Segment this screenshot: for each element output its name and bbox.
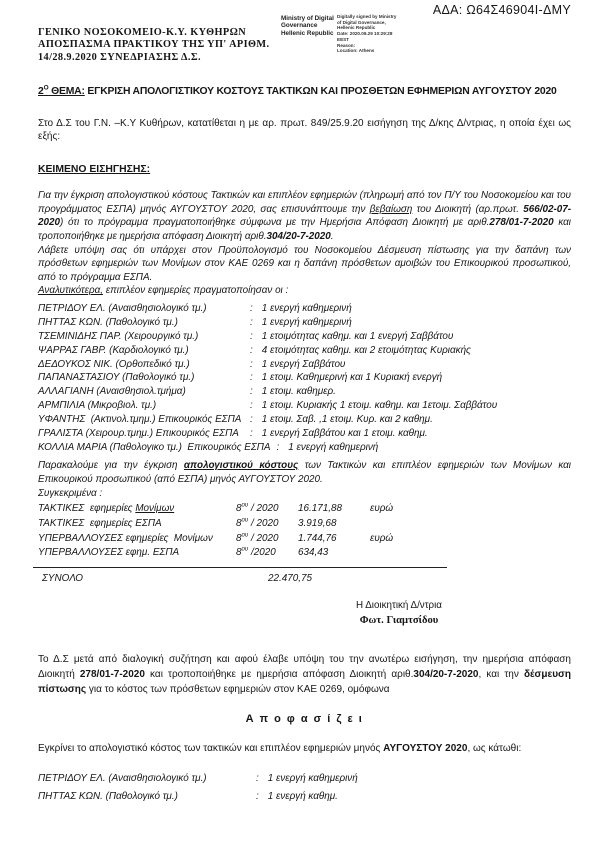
total-divider-line xyxy=(33,567,447,568)
totals-label: ΤΑΚΤΙΚΕΣ εφημερίες Μονίμων xyxy=(38,502,236,517)
subject-number: 2Ο ΘΕΜΑ: xyxy=(38,86,85,97)
doctor-row: ΠΗΤΤΑΣ ΚΩΝ. (Παθολογικό τμ.) : 1 ενεργή … xyxy=(38,316,571,330)
hospital-header: ΓΕΝΙΚΟ ΝΟΣΟΚΟΜΕΙΟ-Κ.Υ. ΚΥΘΗΡΩΝ ΑΠΟΣΠΑΣΜΑ… xyxy=(38,27,270,64)
totals-label: ΥΠΕΡΒΑΛΛΟΥΣΕΣ εφημερίες Μονίμων xyxy=(38,532,236,547)
totals-label: ΥΠΕΡΒΑΛΛΟΥΣΕΣ εφημ. ΕΣΠΑ xyxy=(38,546,236,561)
minutes-title: ΑΠΟΣΠΑΣΜΑ ΠΡΑΚΤΙΚΟΥ ΤΗΣ ΥΠ' ΑΡΙΘΜ. xyxy=(38,39,270,51)
doctor-row: ΠΗΤΤΑΣ ΚΩΝ. (Παθολογικό τμ.) : 1 ενεργή … xyxy=(38,788,571,806)
totals-amount: 16.171,88 xyxy=(298,502,370,517)
doctor-separator: : xyxy=(250,770,268,788)
proposal-paragraph-3: Αναλυτικότερα, επιπλέον εφημερίες πραγμα… xyxy=(38,284,571,298)
doctor-duty-detail: 1 ενεργή καθημερινή xyxy=(262,316,352,330)
doctor-name: ΠΑΠΑΝΑΣΤΑΣΙΟΥ (Παθολογικό τμ.) xyxy=(38,371,244,385)
proposal-paragraph-1: Για την έγκριση απολογιστικού κόστους Τα… xyxy=(38,189,571,243)
totals-period: 8ου /2020 xyxy=(236,546,298,561)
doctor-separator: : xyxy=(244,399,262,413)
doctor-row: ΚΟΛΛΙΑ ΜΑΡΙΑ (Παθολογικο τμ.) Επικουρικό… xyxy=(38,441,571,455)
doctor-name: ΚΟΛΛΙΑ ΜΑΡΙΑ (Παθολογικο τμ.) Επικουρικό… xyxy=(38,441,271,455)
signatory-name: Φωτ. Γιαμτσίδου xyxy=(291,613,507,629)
signatory-title: Η Διοικητική Δ/ντρια xyxy=(291,598,507,613)
doctor-row: ΤΣΕΜΙΝΙΔΗΣ ΠΑΡ. (Χειρουργικό τμ.) : 1 ετ… xyxy=(38,330,571,344)
doctor-separator: : xyxy=(244,330,262,344)
doctor-separator: : xyxy=(271,441,289,455)
doctor-duty-detail: 1 ενεργή καθημερινή xyxy=(268,770,358,788)
extra-duty-doctors-list: ΠΕΤΡΙΔΟΥ ΕΛ. (Αναισθησιολογικό τμ.) : 1 … xyxy=(38,302,571,455)
doctor-separator: : xyxy=(244,358,262,372)
doctor-name: ΑΡΜΠΙΛΙΑ (Μικροβιολ. τμ.) xyxy=(38,399,244,413)
doctor-row: ΠΑΠΑΝΑΣΤΑΣΙΟΥ (Παθολογικό τμ.) : 1 ετοιμ… xyxy=(38,371,571,385)
doctor-row: ΠΕΤΡΙΔΟΥ ΕΛ. (Αναισθησιολογικό τμ.) : 1 … xyxy=(38,770,571,788)
totals-amount: 634,43 xyxy=(298,546,370,561)
totals-period: 8ου / 2020 xyxy=(236,502,298,517)
proposal-paragraph-2: Λάβετε υπόψη σας ότι υπάρχει στον Προϋπο… xyxy=(38,244,571,285)
doctor-separator: : xyxy=(244,413,262,427)
ministry-label: Ministry of Digital Governance Hellenic … xyxy=(281,15,335,37)
doctor-name: ΤΣΕΜΙΝΙΔΗΣ ΠΑΡ. (Χειρουργικό τμ.) xyxy=(38,330,244,344)
doctor-name: ΨΑΡΡΑΣ ΓΑΒΡ. (Καρδιολογικό τμ.) xyxy=(38,344,244,358)
approved-doctors-list: ΠΕΤΡΙΔΟΥ ΕΛ. (Αναισθησιολογικό τμ.) : 1 … xyxy=(38,770,571,806)
doctor-duty-detail: 1 ενεργή καθημερινή xyxy=(288,441,378,455)
totals-currency: ευρώ xyxy=(370,502,393,517)
grand-total-amount: 22.470,75 xyxy=(268,572,312,586)
doctor-row: ΓΡΑΛΙΣΤΑ (Χειρουρ.τμημ.) Επικουρικός ΕΣΠ… xyxy=(38,427,571,441)
doctor-row: ΔΕΔΟΥΚΟΣ ΝΙΚ. (Ορθοπεδικό τμ.) : 1 ενεργ… xyxy=(38,358,571,372)
totals-label: ΤΑΚΤΙΚΕΣ εφημερίες ΕΣΠΑ xyxy=(38,517,236,532)
hospital-name: ΓΕΝΙΚΟ ΝΟΣΟΚΟΜΕΙΟ-Κ.Υ. ΚΥΘΗΡΩΝ xyxy=(38,27,270,39)
doctor-duty-detail: 1 ετοιμ. Καθημερινή και 1 Κυριακή ενεργή xyxy=(262,371,442,385)
doctor-duty-detail: 1 ετοιμ. Σαβ. ,1 ετοιμ. Κυρ. και 2 καθημ… xyxy=(262,413,433,427)
totals-row: ΥΠΕΡΒΑΛΛΟΥΣΕΣ εφημ. ΕΣΠΑ 8ου /2020 634,4… xyxy=(38,546,571,561)
session-number: 14/28.9.2020 ΣΥΝΕΔΡΙΑΣΗΣ Δ.Σ. xyxy=(38,52,270,64)
doctor-duty-detail: 1 ενεργή καθημερινή xyxy=(262,302,352,316)
page-header: ΑΔΑ: Ω64Σ46904Ι-ΔΜΥ ΓΕΝΙΚΟ ΝΟΣΟΚΟΜΕΙΟ-Κ.… xyxy=(0,0,595,84)
approval-request-paragraph: Παρακαλούμε για την έγκριση απολογιστικο… xyxy=(38,459,571,487)
doctor-duty-detail: 1 ενεργή Σαββάτου xyxy=(262,358,346,372)
proposal-heading: ΚΕΙΜΕΝΟ ΕΙΣΗΓΗΣΗΣ: xyxy=(38,164,571,175)
doctor-name: ΠΕΤΡΙΔΟΥ ΕΛ. (Αναισθησιολογικό τμ.) xyxy=(38,302,244,316)
doctor-row: ΑΛΛΑΓΙΑΝΗ (Αναισθησιολ.τμήμα) : 1 ετοιμ.… xyxy=(38,385,571,399)
decides-heading: Α π ο φ α σ ί ζ ε ι xyxy=(38,713,571,725)
totals-amount: 3.919,68 xyxy=(298,517,370,532)
doctor-row: ΥΦΑΝΤΗΣ (Ακτινολ.τμημ.) Επικουρικός ΕΣΠΑ… xyxy=(38,413,571,427)
doctor-duty-detail: 1 ενεργή Σαββάτου και 1 ετοιμ. καθημ. xyxy=(262,427,428,441)
doctor-separator: : xyxy=(244,302,262,316)
document-page: ΑΔΑ: Ω64Σ46904Ι-ΔΜΥ ΓΕΝΙΚΟ ΝΟΣΟΚΟΜΕΙΟ-Κ.… xyxy=(0,0,595,842)
totals-period: 8ου / 2020 xyxy=(236,532,298,547)
doctor-separator: : xyxy=(244,385,262,399)
subject-text: ΕΓΚΡΙΣΗ ΑΠΟΛΟΓΙΣΤΙΚΟΥ ΚΟΣΤΟΥΣ ΤΑΚΤΙΚΩΝ Κ… xyxy=(85,86,557,97)
doctor-row: ΨΑΡΡΑΣ ΓΑΒΡ. (Καρδιολογικό τμ.) : 4 ετοι… xyxy=(38,344,571,358)
doctor-separator: : xyxy=(250,788,268,806)
totals-row: ΥΠΕΡΒΑΛΛΟΥΣΕΣ εφημερίες Μονίμων 8ου / 20… xyxy=(38,532,571,547)
doctor-row: ΑΡΜΠΙΛΙΑ (Μικροβιολ. τμ.) : 1 ετοιμ. Κυρ… xyxy=(38,399,571,413)
doctor-duty-detail: 1 ετοιμ. Κυριακής 1 ετοιμ. καθημ. και 1ε… xyxy=(262,399,497,413)
doctor-name: ΠΗΤΤΑΣ ΚΩΝ. (Παθολογικό τμ.) xyxy=(38,788,250,806)
specifically-label: Συγκεκριμένα : xyxy=(38,487,571,501)
doctor-separator: : xyxy=(244,371,262,385)
doctor-duty-detail: 1 ετοιμότητας καθημ. και 1 ενεργή Σαββάτ… xyxy=(262,330,454,344)
doctor-name: ΓΡΑΛΙΣΤΑ (Χειρουρ.τμημ.) Επικουρικός ΕΣΠ… xyxy=(38,427,244,441)
doctor-duty-detail: 1 ενεργή καθημ. xyxy=(268,788,338,806)
doctor-name: ΠΕΤΡΙΔΟΥ ΕΛ. (Αναισθησιολογικό τμ.) xyxy=(38,770,250,788)
document-body: 2Ο ΘΕΜΑ: ΕΓΚΡΙΣΗ ΑΠΟΛΟΓΙΣΤΙΚΟΥ ΚΟΣΤΟΥΣ Τ… xyxy=(38,86,571,806)
doctor-name: ΥΦΑΝΤΗΣ (Ακτινολ.τμημ.) Επικουρικός ΕΣΠΑ xyxy=(38,413,244,427)
ada-code: ΑΔΑ: Ω64Σ46904Ι-ΔΜΥ xyxy=(433,3,571,17)
doctor-separator: : xyxy=(244,316,262,330)
proposal-text: Για την έγκριση απολογιστικού κόστους Τα… xyxy=(38,189,571,298)
doctor-name: ΑΛΛΑΓΙΑΝΗ (Αναισθησιολ.τμήμα) xyxy=(38,385,244,399)
doctor-row: ΠΕΤΡΙΔΟΥ ΕΛ. (Αναισθησιολογικό τμ.) : 1 … xyxy=(38,302,571,316)
totals-currency: ευρώ xyxy=(370,532,393,547)
intro-paragraph: Στο Δ.Σ του Γ.Ν. –Κ.Υ Κυθήρων, κατατίθετ… xyxy=(38,118,571,143)
grand-total-row: ΣΥΝΟΛΟ 22.470,75 xyxy=(38,572,571,586)
doctor-name: ΠΗΤΤΑΣ ΚΩΝ. (Παθολογικό τμ.) xyxy=(38,316,244,330)
totals-row: ΤΑΚΤΙΚΕΣ εφημερίες Μονίμων 8ου / 2020 16… xyxy=(38,502,571,517)
cost-totals-table: ΤΑΚΤΙΚΕΣ εφημερίες Μονίμων 8ου / 2020 16… xyxy=(38,502,571,561)
board-decision-paragraph: Το Δ.Σ μετά από διαλογική συζήτηση και α… xyxy=(38,653,571,697)
signature-block: Η Διοικητική Δ/ντρια Φωτ. Γιαμτσίδου xyxy=(291,598,507,629)
totals-amount: 1.744,76 xyxy=(298,532,370,547)
approval-paragraph: Εγκρίνει το απολογιστικό κόστος των τακτ… xyxy=(38,741,571,756)
doctor-name: ΔΕΔΟΥΚΟΣ ΝΙΚ. (Ορθοπεδικό τμ.) xyxy=(38,358,244,372)
doctor-duty-detail: 1 ετοιμ. καθημερ. xyxy=(262,385,336,399)
totals-period: 8ου / 2020 xyxy=(236,517,298,532)
totals-row: ΤΑΚΤΙΚΕΣ εφημερίες ΕΣΠΑ 8ου / 2020 3.919… xyxy=(38,517,571,532)
subject-title: 2Ο ΘΕΜΑ: ΕΓΚΡΙΣΗ ΑΠΟΛΟΓΙΣΤΙΚΟΥ ΚΟΣΤΟΥΣ Τ… xyxy=(38,86,571,97)
doctor-duty-detail: 4 ετοιμότητας καθημ. και 2 ετοιμότητας Κ… xyxy=(262,344,471,358)
digital-signature-stamp: Digitally signed by Ministry of Digital … xyxy=(337,14,429,54)
doctor-separator: : xyxy=(244,344,262,358)
grand-total-label: ΣΥΝΟΛΟ xyxy=(38,572,268,586)
doctor-separator: : xyxy=(244,427,262,441)
